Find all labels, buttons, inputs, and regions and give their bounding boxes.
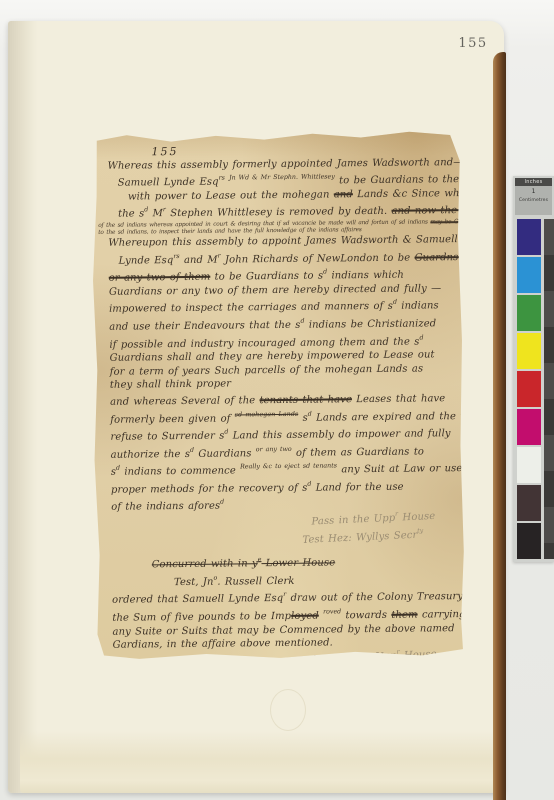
manuscript-text-segment: indians — [397, 301, 439, 312]
manuscript-text-segment: of the indians afores — [111, 501, 220, 513]
manuscript-text-segment: of them as Guardians to — [292, 446, 424, 458]
calibration-label-centimetres: Centimetres — [515, 197, 552, 205]
manuscript-text-segment: Test Hez: Wyllys Secr — [302, 529, 417, 545]
page-fore-edge — [8, 21, 38, 793]
manuscript-text-segment: or any two — [256, 446, 292, 453]
book-board-edge — [493, 52, 506, 800]
manuscript-text-segment: indians which — [327, 270, 404, 282]
calibration-patch-black — [517, 523, 541, 559]
manuscript-text-segment: House — [398, 511, 435, 524]
manuscript-text-segment: Really &c to eject sd tenants — [240, 463, 337, 471]
calibration-patch-yellow — [517, 333, 541, 369]
manuscript-text-segment: s — [298, 412, 308, 423]
manuscript-text-segment: M — [148, 209, 163, 220]
manuscript-text-segment: ty — [417, 527, 423, 534]
manuscript-text-segment: formerly been given of — [110, 413, 235, 425]
manuscript-text-segment: d — [220, 499, 224, 506]
calibration-label-inches: Inches — [515, 178, 552, 186]
manuscript-text-segment: with power to Lease out the mohegan — [128, 189, 334, 202]
manuscript-text-segment: ordered that Samuell Lynde Esq — [112, 593, 283, 606]
calibration-label: Inches 1 Centimetres — [515, 178, 552, 215]
manuscript-text-segment: and use their Endeavours that the s — [109, 320, 300, 333]
manuscript-text-segment: the s — [118, 209, 144, 220]
page-bottom-shadow — [20, 731, 504, 793]
manuscript-text-segment: Lower House — [261, 558, 335, 570]
manuscript-text-segment: refuse to Surrender s — [110, 431, 224, 443]
manuscript-text-segment: authorize the s — [111, 449, 191, 461]
manuscript-text-segment: John Richards of NewLondon to be — [221, 252, 415, 265]
manuscript-text-segment: the Sum of five pounds to be Imp — [112, 611, 291, 624]
manuscript-text-segment: Lands &c Since wha- — [353, 188, 469, 200]
manuscript-text-segment: indians be Christianized — [304, 318, 436, 330]
manuscript-text-segment: and — [334, 189, 353, 200]
calibration-patch-dark-brown — [517, 485, 541, 521]
manuscript-text-segment: indians to commence — [120, 466, 240, 478]
calibration-grayscale-column — [544, 219, 554, 559]
manuscript-text-segment: draw out of the Colony Treasury — [286, 592, 463, 605]
manuscript-text-segment: Lynde Esq — [119, 255, 174, 267]
manuscript-text-segment: and M — [180, 254, 218, 265]
manuscript-text-segment: 155 — [151, 145, 178, 158]
manuscript-text-segment: Guardians shall and they are hereby impo… — [110, 349, 435, 363]
manuscript-text-segment: d — [419, 334, 423, 341]
manuscript-text-segment: for a term of years Such parcells of the… — [110, 363, 424, 377]
manuscript-text-segment: to be Guardians to s — [210, 271, 323, 283]
calibration-patch-red — [517, 371, 541, 407]
manuscript-text-segment: they shall think proper — [110, 379, 231, 391]
manuscript-text-segment: towards — [341, 610, 391, 622]
manuscript-text-segment: Samuell Lynde Esq — [118, 177, 219, 189]
manuscript-text-segment: Whereupon this assembly to appoint James… — [108, 234, 457, 249]
calibration-strip: Inches 1 Centimetres — [513, 176, 554, 562]
manuscript-text-segment: Test, Jn — [174, 577, 214, 588]
calibration-patch-magenta — [517, 409, 541, 445]
manuscript-text-segment: them — [391, 610, 417, 621]
manuscript-text-segment: sd mohegan Lands — [235, 410, 299, 418]
manuscript-text-segment: tenants that have — [259, 394, 352, 406]
manuscript-text-segment: Concurred with in y — [152, 558, 258, 570]
manuscript-text-segment: impowered to inspect the carriages and m… — [109, 301, 393, 315]
manuscript-text-segment: . Russell Clerk — [217, 576, 294, 588]
manuscript-text-segment: or any two of them — [109, 272, 211, 284]
manuscript-text-segment: Land this assembly do impower and fully — [228, 428, 450, 441]
manuscript-text-segment: and whereas Several of the — [110, 395, 260, 408]
manuscript-line: they shall think proper — [92, 375, 464, 392]
manuscript-text-segment: Leases that have — [352, 393, 445, 405]
manuscript-paper: 155Whereas this assembly formerly appoin… — [89, 129, 467, 661]
calibration-patch-green — [517, 295, 541, 331]
manuscript-text-segment: Gardians, in the affaire above mentioned… — [113, 638, 333, 651]
calibration-patches — [517, 219, 541, 561]
manuscript-text-segment: loyed — [291, 611, 319, 622]
calibration-patch-navy — [517, 219, 541, 255]
paper-emboss-mark — [270, 689, 306, 731]
page-number: 155 — [450, 36, 496, 51]
manuscript-text: 155Whereas this assembly formerly appoin… — [89, 142, 467, 733]
manuscript-text-segment: Stephen Whittlesey is removed by death. — [166, 206, 392, 219]
manuscript-text-segment: roved — [323, 608, 341, 615]
manuscript-text-segment: any Suite or Suits that may be Commenced… — [112, 623, 454, 638]
calibration-patch-white — [517, 447, 541, 483]
calibration-label-one: 1 — [515, 186, 552, 197]
manuscript-text-segment: Land for the use — [311, 482, 403, 494]
manuscript-text-segment: proper methods for the recovery of s — [111, 483, 308, 496]
manuscript-text-segment: Guardians — [194, 448, 256, 460]
manuscript-text-segment: Jn Wd & Mr Stephn. Whittlesey — [229, 174, 335, 182]
calibration-patch-blue — [517, 257, 541, 293]
